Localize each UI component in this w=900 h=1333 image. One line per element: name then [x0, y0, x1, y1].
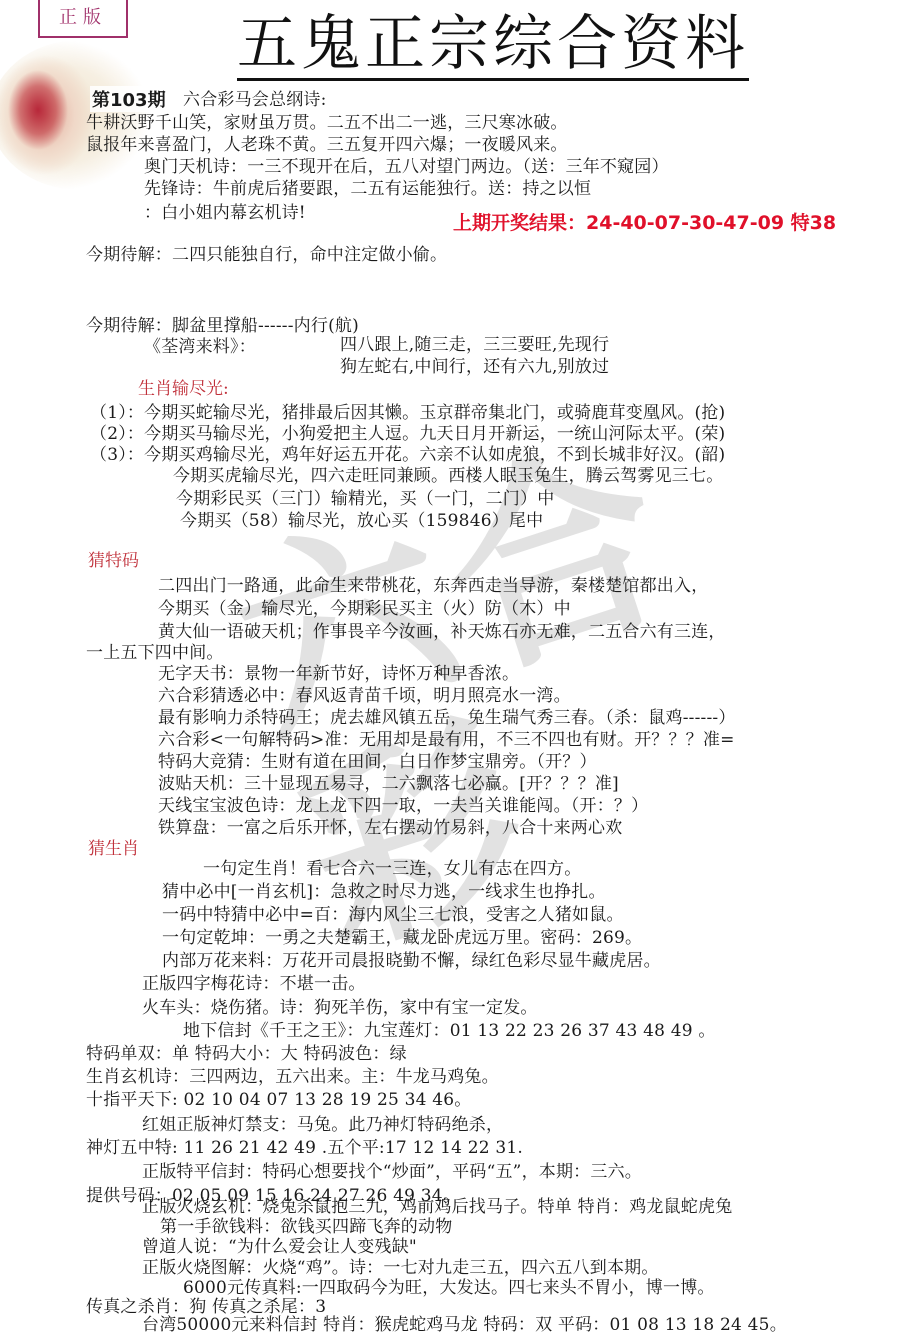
riddle-label: 《荃湾来料》： — [144, 336, 256, 358]
list-item: 一上五下四中间。 — [86, 642, 224, 664]
list-item: 十指平天下: 02 10 04 07 13 28 19 25 34 46。 — [86, 1089, 471, 1111]
list-item: 神灯五中特: 11 26 21 42 49 .五个平:17 12 14 22 3… — [86, 1137, 523, 1159]
list-item: 猜中必中[一肖玄机]：急救之时尽力逃，一线求生也挣扎。 — [162, 881, 606, 903]
section-heading-guess-zodiac: 猜生肖 — [88, 834, 139, 859]
list-item: 曾道人说：“为什么爱会让人变残缺" — [142, 1236, 417, 1258]
list-item: 红姐正版神灯禁支：马兔。此乃神灯特码绝杀， — [142, 1114, 503, 1136]
list-item: 生肖玄机诗：三四两边，五六出来。主：牛龙马鸡兔。 — [86, 1066, 499, 1088]
list-item: 铁算盘：一富之后乐开怀，左右摆动竹易斜，八合十来两心欢 — [158, 817, 622, 839]
list-item: 正版四字梅花诗：不堪一击。 — [142, 973, 366, 995]
riddle-line: 今期待解：脚盆里撑船------内行(航) — [86, 315, 359, 337]
list-item: 二四出门一路通，此命生来带桃花，东奔西走当导游，秦楼楚馆都出入， — [158, 575, 708, 597]
intro-line: 先锋诗：牛前虎后猪要跟，二五有运能独行。送：持之以恒 — [144, 178, 591, 200]
intro-line: 牛耕沃野千山笑，家财虽万贯。二五不出二一逃，三尺寒冰破。 — [86, 112, 568, 134]
list-item: 内部万花来料：万花开司晨报晓勤不懈，绿红色彩尽显牛藏虎居。 — [162, 950, 661, 972]
list-item: 黄大仙一语破天机；作事畏辛今汝画，补天炼石亦无难，二五合六有三连， — [158, 621, 726, 643]
list-item: （3）：今期买鸡输尽光，鸡年好运五开花。六亲不认如虎狼，不到长城非好汉。(韶) — [90, 444, 725, 466]
list-item: 地下信封《千王之王》：九宝莲灯：01 13 22 23 26 37 43 48 … — [183, 1020, 716, 1042]
list-item: 一句定生肖！看七合六一三连，女儿有志在四方。 — [203, 858, 581, 880]
list-item: 六合彩猜透必中：春风返青苗千顷，明月照亮水一湾。 — [158, 685, 571, 707]
list-item: 今期买（58）输尽光，放心买（159846）尾中 — [180, 510, 543, 532]
list-item: 正版火烧图解：火烧“鸡”。诗：一七对九走三五，四六五八到本期。 — [142, 1257, 659, 1279]
list-item: 今期买虎输尽光，四六走旺同兼顾。西楼人眠玉兔生，腾云驾雾见三七。 — [173, 465, 723, 487]
list-item: 今期买（金）输尽光，今期彩民买主（火）防（木）中 — [158, 598, 571, 620]
intro-heading: 六合彩马会总纲诗: — [183, 89, 327, 111]
list-item: （1）：今期买蛇输尽光，猪排最后因其懒。玉京群帝集北门，或骑鹿茸变凰风。(抢) — [90, 402, 725, 424]
last-draw-result: 上期开奖结果：24-40-07-30-47-09 特38 — [453, 208, 836, 235]
list-item: 火车头：烧伤猪。诗：狗死羊伤，家中有宝一定发。 — [142, 997, 538, 1019]
list-item: 正版特平信封：特码心想要找个“炒面”，平码“五”，本期：三六。 — [142, 1161, 642, 1183]
list-item: 波贴天机：三十显现五易寻，二六飘落七必赢。[开？？？准] — [158, 773, 619, 795]
list-item: 一码中特猜中必中=百：海内风尘三七浪，受害之人猪如鼠。 — [162, 904, 624, 926]
list-item: 第一手欲钱料：欲钱买四蹄飞奔的动物 — [160, 1216, 452, 1238]
intro-line: 奥门天机诗：一三不现开在后，五八对望门两边。（送：三年不窥园） — [144, 156, 669, 178]
authentic-badge: 正版 — [38, 0, 128, 38]
list-item: 特码单双：单 特码大小：大 特码波色：绿 — [86, 1043, 407, 1065]
issue-number: 第103期 — [90, 86, 168, 112]
riddle-line: 四八跟上,随三走，三三要旺,先现行 — [340, 334, 609, 356]
list-item: （2）：今期买马输尽光，小狗爱把主人逗。九天日月开新运，一统山河际太平。(荣) — [90, 423, 725, 445]
intro-line: 鼠报年来喜盈门，人老珠不黄。三五复开四六爆；一夜暖风来。 — [86, 134, 568, 156]
list-item: 天线宝宝波色诗：龙上龙下四一取，一夫当关谁能闯。（开：？） — [158, 795, 648, 817]
riddle-line: 狗左蛇右,中间行，还有六九,别放过 — [340, 356, 609, 378]
list-item: 一句定乾坤：一勇之夫楚霸王，藏龙卧虎远万里。密码：269。 — [162, 927, 642, 949]
list-item: 今期彩民买（三门）输精光，买（一门，二门）中 — [176, 488, 554, 510]
list-item: 特码大竞猜：生财有道在田间，白日作梦宝鼎旁。（开？） — [158, 751, 597, 773]
section-heading-guess-code: 猜特码 — [88, 546, 139, 571]
section-heading-zodiac-lose: 生肖输尽光: — [138, 374, 229, 399]
list-item: 最有影响力杀特码王；虎去雄风镇五岳，兔生瑞气秀三春。（杀：鼠鸡------） — [158, 707, 736, 729]
list-item: 无字天书：景物一年新节好，诗怀万种早香浓。 — [158, 663, 519, 685]
list-item: 台湾50000元来料信封 特肖：猴虎蛇鸡马龙 特码：双 平码：01 08 13 … — [142, 1314, 787, 1333]
intro-line: ：白小姐内幕玄机诗! — [144, 202, 306, 224]
document-body: 六合彩马会总纲诗: 牛耕沃野千山笑，家财虽万贯。二五不出二一逃，三尺寒冰破。 鼠… — [0, 0, 900, 1333]
riddle-line: 今期待解：二四只能独自行，命中注定做小偷。 — [86, 244, 447, 266]
list-item: 六合彩<一句解特码>准：无用却是最有用，不三不四也有财。开？？？准= — [158, 729, 735, 751]
list-item: 正版火烧玄机：烧兔杀鼠抱三九，鸡前鸡后找马子。特单 特肖：鸡龙鼠蛇虎兔 — [142, 1196, 732, 1218]
